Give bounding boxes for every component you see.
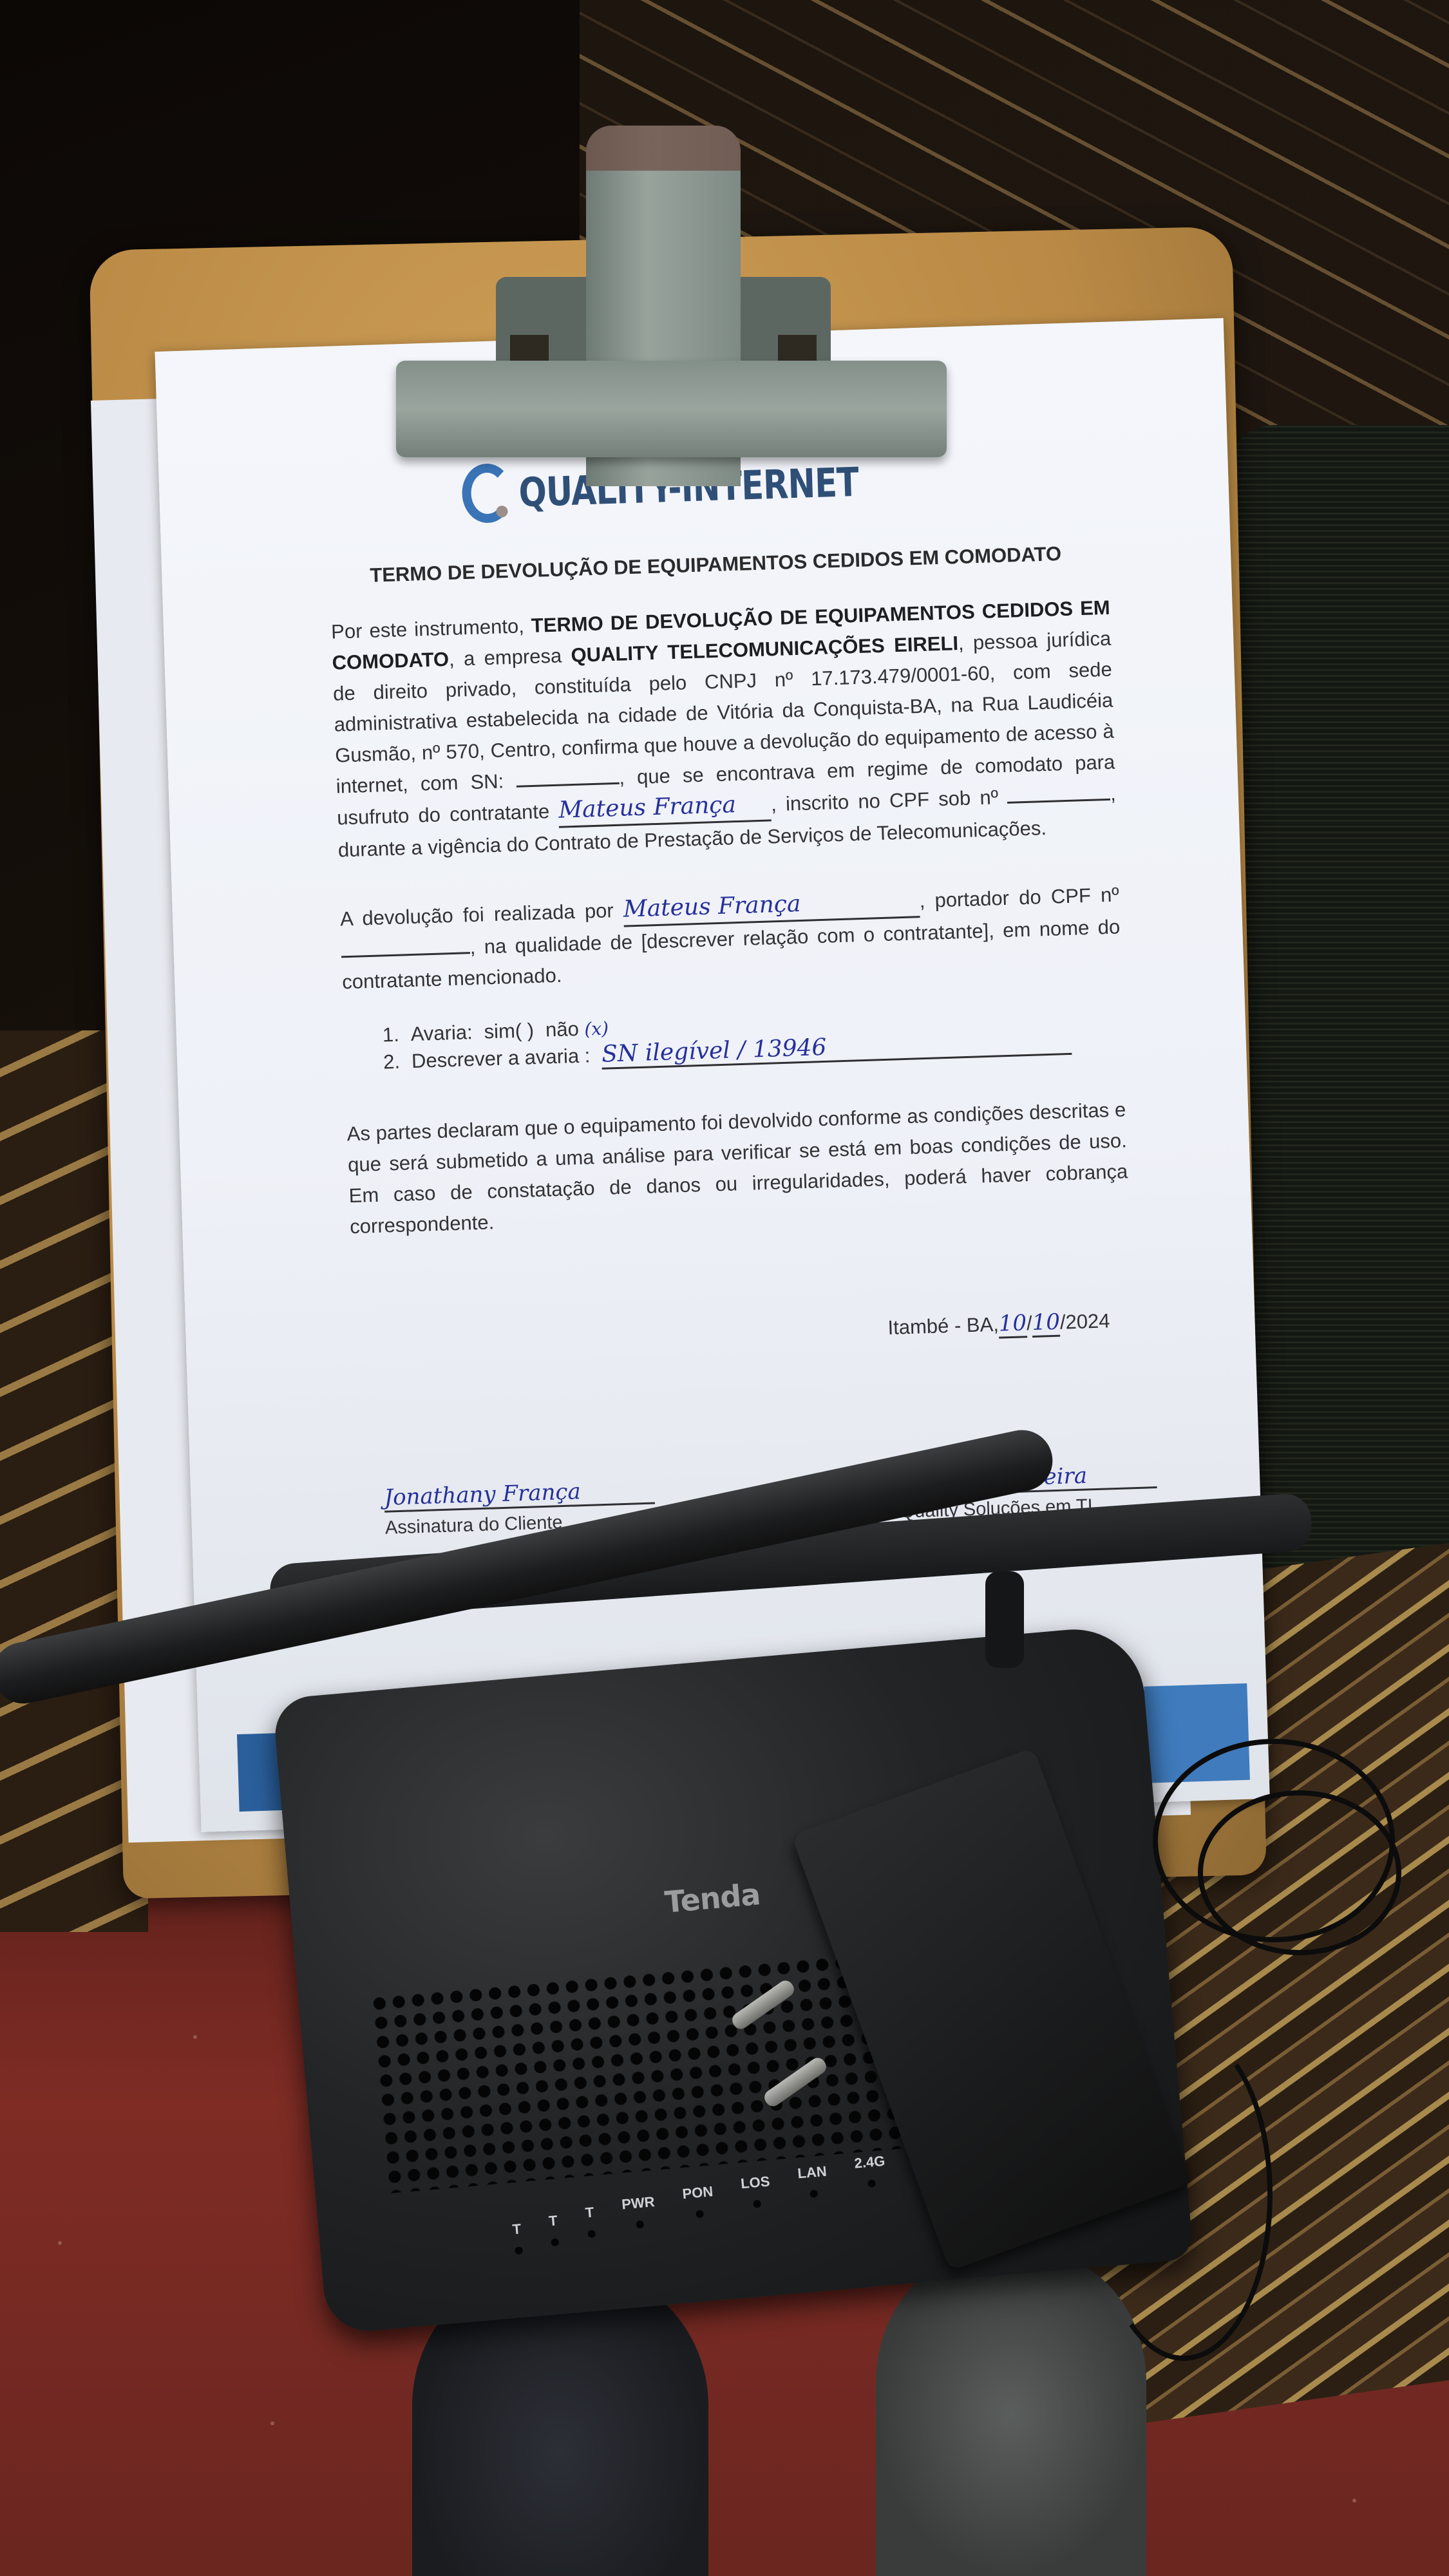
router-led: 2.4G <box>854 2153 887 2189</box>
sn-blank-field[interactable] <box>516 782 620 788</box>
led-indicator-icon <box>587 2230 596 2238</box>
damage-yes-checkbox[interactable]: sim( ) <box>484 1018 535 1045</box>
company-name: QUALITY TELECOMUNICAÇÕES EIRELI <box>571 632 959 667</box>
returner-cpf-blank-field[interactable] <box>341 951 470 958</box>
antenna-mount <box>985 1571 1024 1668</box>
led-indicator-icon <box>753 2200 761 2208</box>
damage-no-checkbox[interactable]: (x) <box>584 1018 609 1039</box>
router-led: T <box>548 2212 560 2246</box>
led-indicator-icon <box>636 2221 644 2229</box>
client-signature[interactable]: Jonathany França <box>384 1477 655 1513</box>
router-led: LAN <box>797 2163 829 2199</box>
returned-by-field[interactable]: Mateus França <box>623 885 920 927</box>
clip-jaw <box>396 361 947 457</box>
led-label: T <box>512 2221 522 2238</box>
shoe-right <box>876 2254 1146 2576</box>
led-indicator-icon <box>515 2246 523 2255</box>
paragraph-intro: Por este instrumento, TERMO DE DEVOLUÇÃO… <box>330 592 1117 866</box>
led-indicator-icon <box>810 2190 818 2198</box>
led-label: LOS <box>740 2173 770 2192</box>
document-title: TERMO DE DEVOLUÇÃO DE EQUIPAMENTOS CEDID… <box>355 542 1077 587</box>
contractor-name-field[interactable]: Mateus França <box>558 788 772 828</box>
router-brand-logo: Tenda <box>663 1877 761 1920</box>
router-led: T <box>585 2204 596 2238</box>
led-label: LAN <box>797 2163 827 2183</box>
router-led: T <box>512 2221 524 2255</box>
led-label: PON <box>682 2183 714 2202</box>
router-led: PWR <box>621 2193 657 2230</box>
date-line: Itambé - BA,10/10/2024 <box>887 1307 1110 1340</box>
router-led: LOS <box>740 2173 772 2209</box>
led-label: T <box>585 2204 595 2221</box>
power-cable-coil <box>1198 1790 1401 1955</box>
led-label: PWR <box>621 2193 655 2213</box>
date-month-field[interactable]: 10 <box>1032 1309 1061 1338</box>
led-indicator-icon <box>867 2179 876 2188</box>
led-label: 2.4G <box>854 2153 886 2172</box>
cpf-blank-field[interactable] <box>1007 798 1110 804</box>
q-logo-icon <box>461 463 513 524</box>
date-day-field[interactable]: 10 <box>998 1310 1027 1338</box>
paragraph-returned-by: A devolução foi realizada por Mateus Fra… <box>339 878 1121 998</box>
led-indicator-icon <box>551 2238 559 2246</box>
paragraph-declaration: As partes declaram que o equipamento foi… <box>346 1094 1129 1242</box>
power-cable <box>1095 2029 1273 2361</box>
led-indicator-icon <box>696 2210 704 2219</box>
led-label: T <box>548 2212 558 2230</box>
damage-list: 1. Avaria: sim( ) não (x) 2. Descrever a… <box>382 1001 1072 1077</box>
router-led: PON <box>682 2183 715 2219</box>
